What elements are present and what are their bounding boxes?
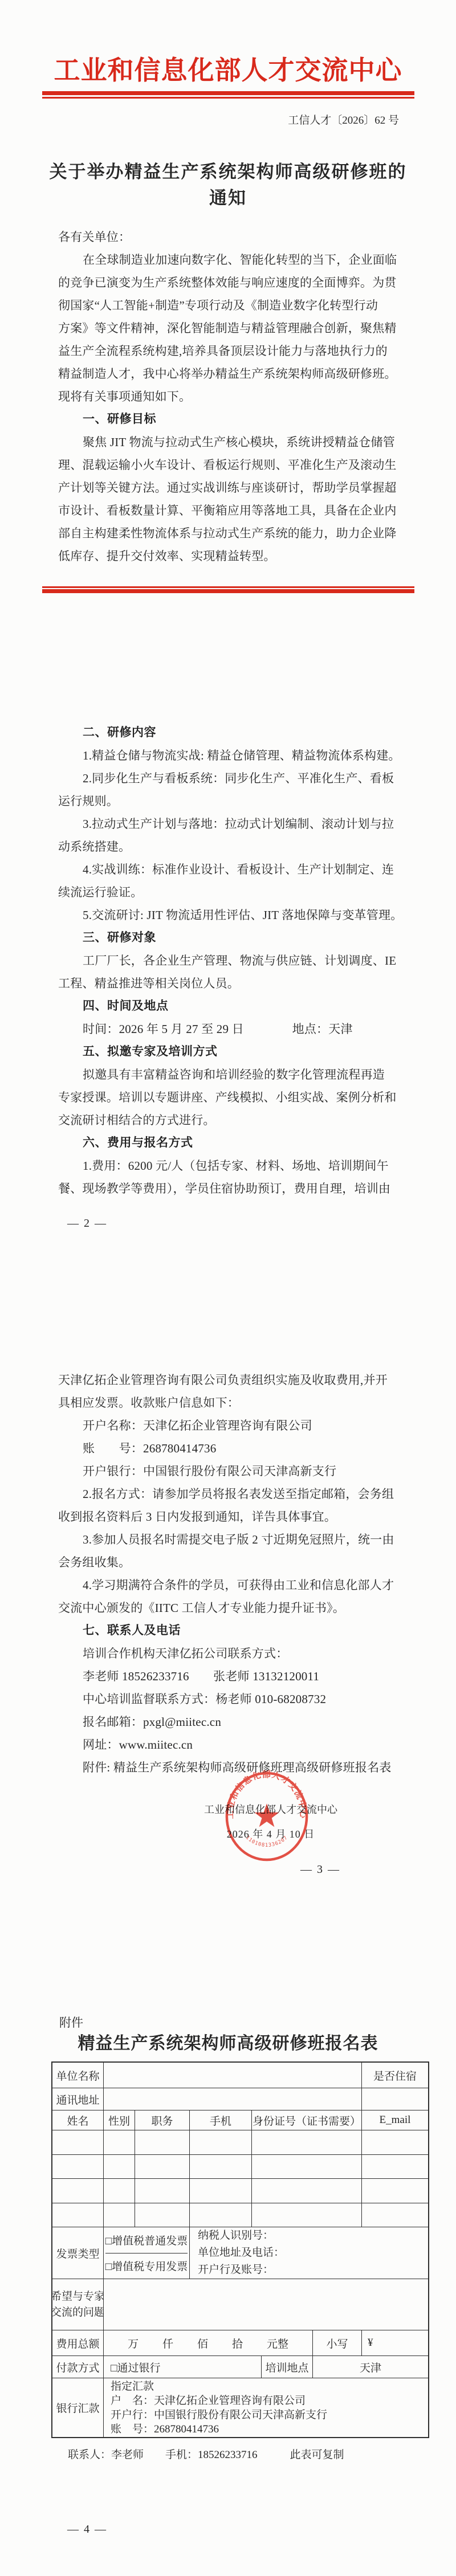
- position-cell[interactable]: [135, 2179, 190, 2203]
- name-cell[interactable]: [52, 2130, 104, 2154]
- body-line: 续流运行验证。: [58, 881, 400, 904]
- attendee-row: [52, 2179, 428, 2203]
- fee-row: 费用总额 万仟佰拾元整 小写 ¥: [52, 2330, 428, 2356]
- page-number-3: — 3 —: [300, 1863, 340, 1876]
- body-line: 运行规则。: [58, 790, 400, 813]
- body-line: 低库存、提升交付效率、实现精益转型。: [58, 545, 400, 568]
- body-line: 理、混载运输小火车设计、看板运行规则、平准化生产及滚动生: [58, 454, 400, 476]
- venue-value: 天津: [313, 2356, 428, 2378]
- svg-text:1101081336207: 1101081336207: [245, 1835, 289, 1848]
- body-line: 聚焦 JIT 物流与拉动式生产核心模块，系统讲授精益仓储管: [58, 431, 400, 454]
- attachment-label: 附件: [59, 2014, 83, 2031]
- body-line: 4.实战训练：标准作业设计、看板设计、生产计划制定、连: [58, 858, 400, 881]
- fee-numeric-field[interactable]: ¥: [362, 2330, 428, 2355]
- questions-field[interactable]: [104, 2279, 428, 2330]
- body-line: 2.同步化生产与看板系统：同步化生产、平准化生产、看板: [58, 767, 400, 790]
- venue-label: 培训地点: [262, 2356, 313, 2378]
- unit-name-field[interactable]: [104, 2063, 362, 2088]
- notice-title-line1: 关于举办精益生产系统架构师高级研修班的: [0, 160, 456, 184]
- table-header-row: 姓名 性别 职务 手机 身份证号（证书需要） E_mail: [52, 2110, 428, 2130]
- mobile-cell[interactable]: [190, 2130, 252, 2154]
- tax-info-line[interactable]: 单位地址及电话：: [198, 2244, 284, 2261]
- invoice-option-general[interactable]: □增值税普通发票: [105, 2227, 188, 2254]
- red-rule-thick: [42, 91, 414, 95]
- bank-details-cell: 指定汇款户 名：天津亿拓企业管理咨询有限公司开户行：中国银行股份有限公司天津高新…: [104, 2378, 428, 2437]
- seal-star-icon: [254, 1803, 279, 1827]
- body-line: 各有关单位：: [58, 226, 400, 248]
- payment-row: 付款方式 □通过银行 培训地点 天津: [52, 2356, 428, 2378]
- col-header-email: E_mail: [362, 2110, 428, 2130]
- body-line: 工程、精益推进等相关岗位人员。: [58, 972, 400, 995]
- page2-body: 二、研修内容1.精益仓储与物流实战: 精益仓储管理、精益物流体系构建。2.同步化…: [58, 721, 400, 1200]
- gender-cell[interactable]: [104, 2179, 135, 2203]
- email-cell[interactable]: [362, 2179, 428, 2203]
- body-line: 1.精益仓储与物流实战: 精益仓储管理、精益物流体系构建。: [58, 744, 400, 767]
- seal-code: 1101081336207: [245, 1835, 289, 1848]
- col-header-name: 姓名: [52, 2110, 104, 2130]
- attendee-row: [52, 2155, 428, 2179]
- col-header-id-number: 身份证号（证书需要）: [252, 2110, 362, 2130]
- registration-form-table: 单位名称 是否住宿 通讯地址 姓名 性别 职务 手机 身份证号（证书需要） E_…: [51, 2061, 429, 2438]
- body-line: 一、研修目标: [58, 408, 400, 431]
- name-cell[interactable]: [52, 2203, 104, 2227]
- gender-cell[interactable]: [104, 2203, 135, 2227]
- body-line: 三、研修对象: [58, 926, 400, 949]
- questions-label: 希望与专家交流的问题: [52, 2279, 104, 2330]
- registration-form-title: 精益生产系统架构师高级研修班报名表: [0, 2029, 456, 2054]
- body-line: 工厂厂长，各企业生产管理、物流与供应链、计划调度、IE: [58, 949, 400, 972]
- email-cell[interactable]: [362, 2203, 428, 2227]
- scanned-notice-document: 工业和信息化部人才交流中心 工信人才〔2026〕62 号 关于举办精益生产系统架…: [0, 0, 456, 2576]
- attendee-row: [52, 2203, 428, 2228]
- page1-body: 各有关单位：在全球制造业加速向数字化、智能化转型的当下，企业面临的竞争已演变为生…: [58, 226, 400, 568]
- bank-row: 银行汇款 指定汇款户 名：天津亿拓企业管理咨询有限公司开户行：中国银行股份有限公…: [52, 2378, 428, 2437]
- body-line: 五、拟邀专家及培训方式: [58, 1040, 400, 1063]
- fee-numeric-label: 小写: [313, 2330, 362, 2355]
- red-letterhead-title: 工业和信息化部人才交流中心: [0, 55, 456, 86]
- bank-detail-line: 开户行：中国银行股份有限公司天津高新支行: [111, 2408, 327, 2422]
- lodging-label: 是否住宿: [362, 2063, 428, 2088]
- id-number-cell[interactable]: [252, 2155, 362, 2179]
- body-line: 网址：www.miitec.cn: [58, 1733, 400, 1756]
- body-line: 二、研修内容: [58, 721, 400, 744]
- body-line: 在全球制造业加速向数字化、智能化转型的当下，企业面临: [58, 248, 400, 271]
- body-line: 账 号：268780414736: [58, 1437, 400, 1460]
- tax-info-line[interactable]: 纳税人识别号：: [198, 2227, 274, 2244]
- body-line: 专家授课。培训以专题讲座、产线模拟、小组实战、案例分析和: [58, 1086, 400, 1109]
- body-line: 2.报名方式：请参加学员将报名表发送至指定邮箱，会务组: [58, 1483, 400, 1505]
- gender-cell[interactable]: [104, 2130, 135, 2154]
- position-cell[interactable]: [135, 2155, 190, 2179]
- address-label: 通讯地址: [52, 2088, 104, 2110]
- body-line: 七、联系人及电话: [58, 1619, 400, 1642]
- tax-info-cell: 纳税人识别号：单位地址及电话：开户行及账号：: [190, 2227, 428, 2279]
- official-seal: 工业和信息化部人才交流中心 1101081336207: [222, 1766, 312, 1864]
- body-line: 交流研讨相结合的方式进行。: [58, 1109, 400, 1132]
- lodging-field[interactable]: [362, 2088, 428, 2110]
- body-line: 会务组收集。: [58, 1551, 400, 1574]
- id-number-cell[interactable]: [252, 2130, 362, 2154]
- payment-option-bank[interactable]: □通过银行: [104, 2356, 262, 2378]
- gender-cell[interactable]: [104, 2155, 135, 2179]
- tax-info-line[interactable]: 开户行及账号：: [198, 2261, 274, 2279]
- body-line: 现将有关事项通知如下。: [58, 385, 400, 408]
- notice-title-line2: 通知: [0, 186, 456, 210]
- body-line: 5.交流研讨: JIT 物流适用性评估、JIT 落地保障与变革管理。: [58, 904, 400, 926]
- body-line: 中心培训监督联系方式：杨老师 010-68208732: [58, 1688, 400, 1710]
- email-cell[interactable]: [362, 2130, 428, 2154]
- page3-body: 天津亿拓企业管理咨询有限公司负责组织实施及收取费用,并开具相应发票。收款账户信息…: [58, 1369, 400, 1779]
- document-number: 工信人才〔2026〕62 号: [288, 112, 399, 127]
- red-rule-thin: [42, 97, 414, 99]
- body-line: 开户名称：天津亿拓企业管理咨询有限公司: [58, 1414, 400, 1437]
- invoice-type-label: 发票类型: [52, 2227, 104, 2279]
- body-line: 4.学习期满符合条件的学员，可获得由工业和信息化部人才: [58, 1574, 400, 1597]
- invoice-options: □增值税普通发票 □增值税专用发票: [104, 2227, 190, 2279]
- unit-name-label: 单位名称: [52, 2063, 104, 2088]
- fee-unit: 佰: [197, 2336, 208, 2351]
- body-line: 市设计、看板数量计算、平衡箱应用等落地工具，具备在企业内: [58, 499, 400, 522]
- col-header-gender: 性别: [104, 2110, 135, 2130]
- body-line: 3.参加人员报名时需提交电子版 2 寸近期免冠照片，统一由: [58, 1528, 400, 1551]
- red-rule-thin-bottom: [42, 586, 414, 588]
- body-line: 培训合作机构天津亿拓公司联系方式：: [58, 1642, 400, 1665]
- mobile-cell[interactable]: [190, 2179, 252, 2203]
- body-line: 产计划等关键方法。通过实战训练与座谈研讨，帮助学员掌握超: [58, 476, 400, 499]
- body-line: 的竞争已演变为生产系统整体效能与响应速度的全面博弈。为贯: [58, 271, 400, 294]
- fee-unit: 仟: [162, 2336, 173, 2351]
- attendee-rows: [52, 2130, 428, 2227]
- attendee-row: [52, 2130, 428, 2155]
- fee-unit: 拾: [232, 2336, 243, 2351]
- body-line: 方案》等文件精神，深化智能制造与精益管理融合创新，聚焦精: [58, 317, 400, 340]
- id-number-cell[interactable]: [252, 2179, 362, 2203]
- email-cell[interactable]: [362, 2155, 428, 2179]
- position-cell[interactable]: [135, 2203, 190, 2227]
- body-line: 报名邮箱：pxgl@miitec.cn: [58, 1710, 400, 1733]
- body-line: 交流中心颁发的《IITC 工信人才专业能力提升证书》。: [58, 1597, 400, 1619]
- name-cell[interactable]: [52, 2179, 104, 2203]
- body-line: 1.费用：6200 元/人（包括专家、材料、场地、培训期间午: [58, 1154, 400, 1177]
- fee-unit: 万: [128, 2336, 139, 2351]
- id-number-cell[interactable]: [252, 2203, 362, 2227]
- invoice-option-special[interactable]: □增值税专用发票: [105, 2254, 188, 2279]
- body-line: 餐、现场教学等费用），学员住宿协助预订，费用自理，培训由: [58, 1177, 400, 1200]
- body-line: 六、费用与报名方式: [58, 1132, 400, 1154]
- page-number-4: — 4 —: [67, 2523, 107, 2536]
- invoice-row: 发票类型 □增值税普通发票 □增值税专用发票 纳税人识别号：单位地址及电话：开户…: [52, 2227, 428, 2279]
- body-line: 开户银行：中国银行股份有限公司天津高新支行: [58, 1460, 400, 1483]
- body-line: 拟邀具有丰富精益咨询和培训经验的数字化管理流程再造: [58, 1063, 400, 1086]
- table-row: 单位名称 是否住宿: [52, 2063, 428, 2088]
- body-line: 具相应发票。收款账户信息如下：: [58, 1391, 400, 1414]
- fee-amount-in-words: 万仟佰拾元整: [104, 2330, 313, 2355]
- body-line: 收到报名资料后 3 日内发报到通知，详告具体事宜。: [58, 1505, 400, 1528]
- questions-row: 希望与专家交流的问题: [52, 2279, 428, 2330]
- body-line: 四、时间及地点: [58, 995, 400, 1018]
- page-number-2: — 2 —: [67, 1217, 107, 1230]
- bank-detail-line: 账 号：268780414736: [111, 2422, 219, 2436]
- name-cell[interactable]: [52, 2155, 104, 2179]
- form-contact-note: 联系人：李老师 手机：18526233716 此表可复制: [68, 2446, 344, 2461]
- fee-unit: 元整: [267, 2336, 288, 2351]
- body-line: 李老师 18526233716 张老师 13132120011: [58, 1665, 400, 1688]
- col-header-mobile: 手机: [190, 2110, 252, 2130]
- bank-detail-line: 指定汇款: [111, 2379, 154, 2394]
- body-line: 彻国家“人工智能+制造”专项行动及《制造业数字化转型行动: [58, 294, 400, 317]
- body-line: 天津亿拓企业管理咨询有限公司负责组织实施及收取费用,并开: [58, 1369, 400, 1391]
- body-line: 益生产全流程系统构建,培养具备顶层设计能力与落地执行力的: [58, 340, 400, 362]
- body-line: 精益制造人才，我中心将举办精益生产系统架构师高级研修班。: [58, 362, 400, 385]
- mobile-cell[interactable]: [190, 2203, 252, 2227]
- table-row: 通讯地址: [52, 2088, 428, 2110]
- bank-detail-line: 户 名：天津亿拓企业管理咨询有限公司: [111, 2394, 306, 2408]
- position-cell[interactable]: [135, 2130, 190, 2154]
- col-header-position: 职务: [135, 2110, 190, 2130]
- red-rule-thick-bottom: [42, 589, 414, 593]
- address-field[interactable]: [104, 2088, 362, 2110]
- bank-remit-label: 银行汇款: [52, 2378, 104, 2437]
- body-line: 动系统搭建。: [58, 835, 400, 858]
- mobile-cell[interactable]: [190, 2155, 252, 2179]
- payment-method-label: 付款方式: [52, 2356, 104, 2378]
- fee-total-label: 费用总额: [52, 2330, 104, 2355]
- body-line: 部自主构建柔性物流体系与拉动式生产系统的能力，助力企业降: [58, 522, 400, 545]
- body-line: 时间：2026 年 5 月 27 至 29 日 地点：天津: [58, 1018, 400, 1040]
- body-line: 3.拉动式生产计划与落地：拉动式计划编制、滚动计划与拉: [58, 813, 400, 835]
